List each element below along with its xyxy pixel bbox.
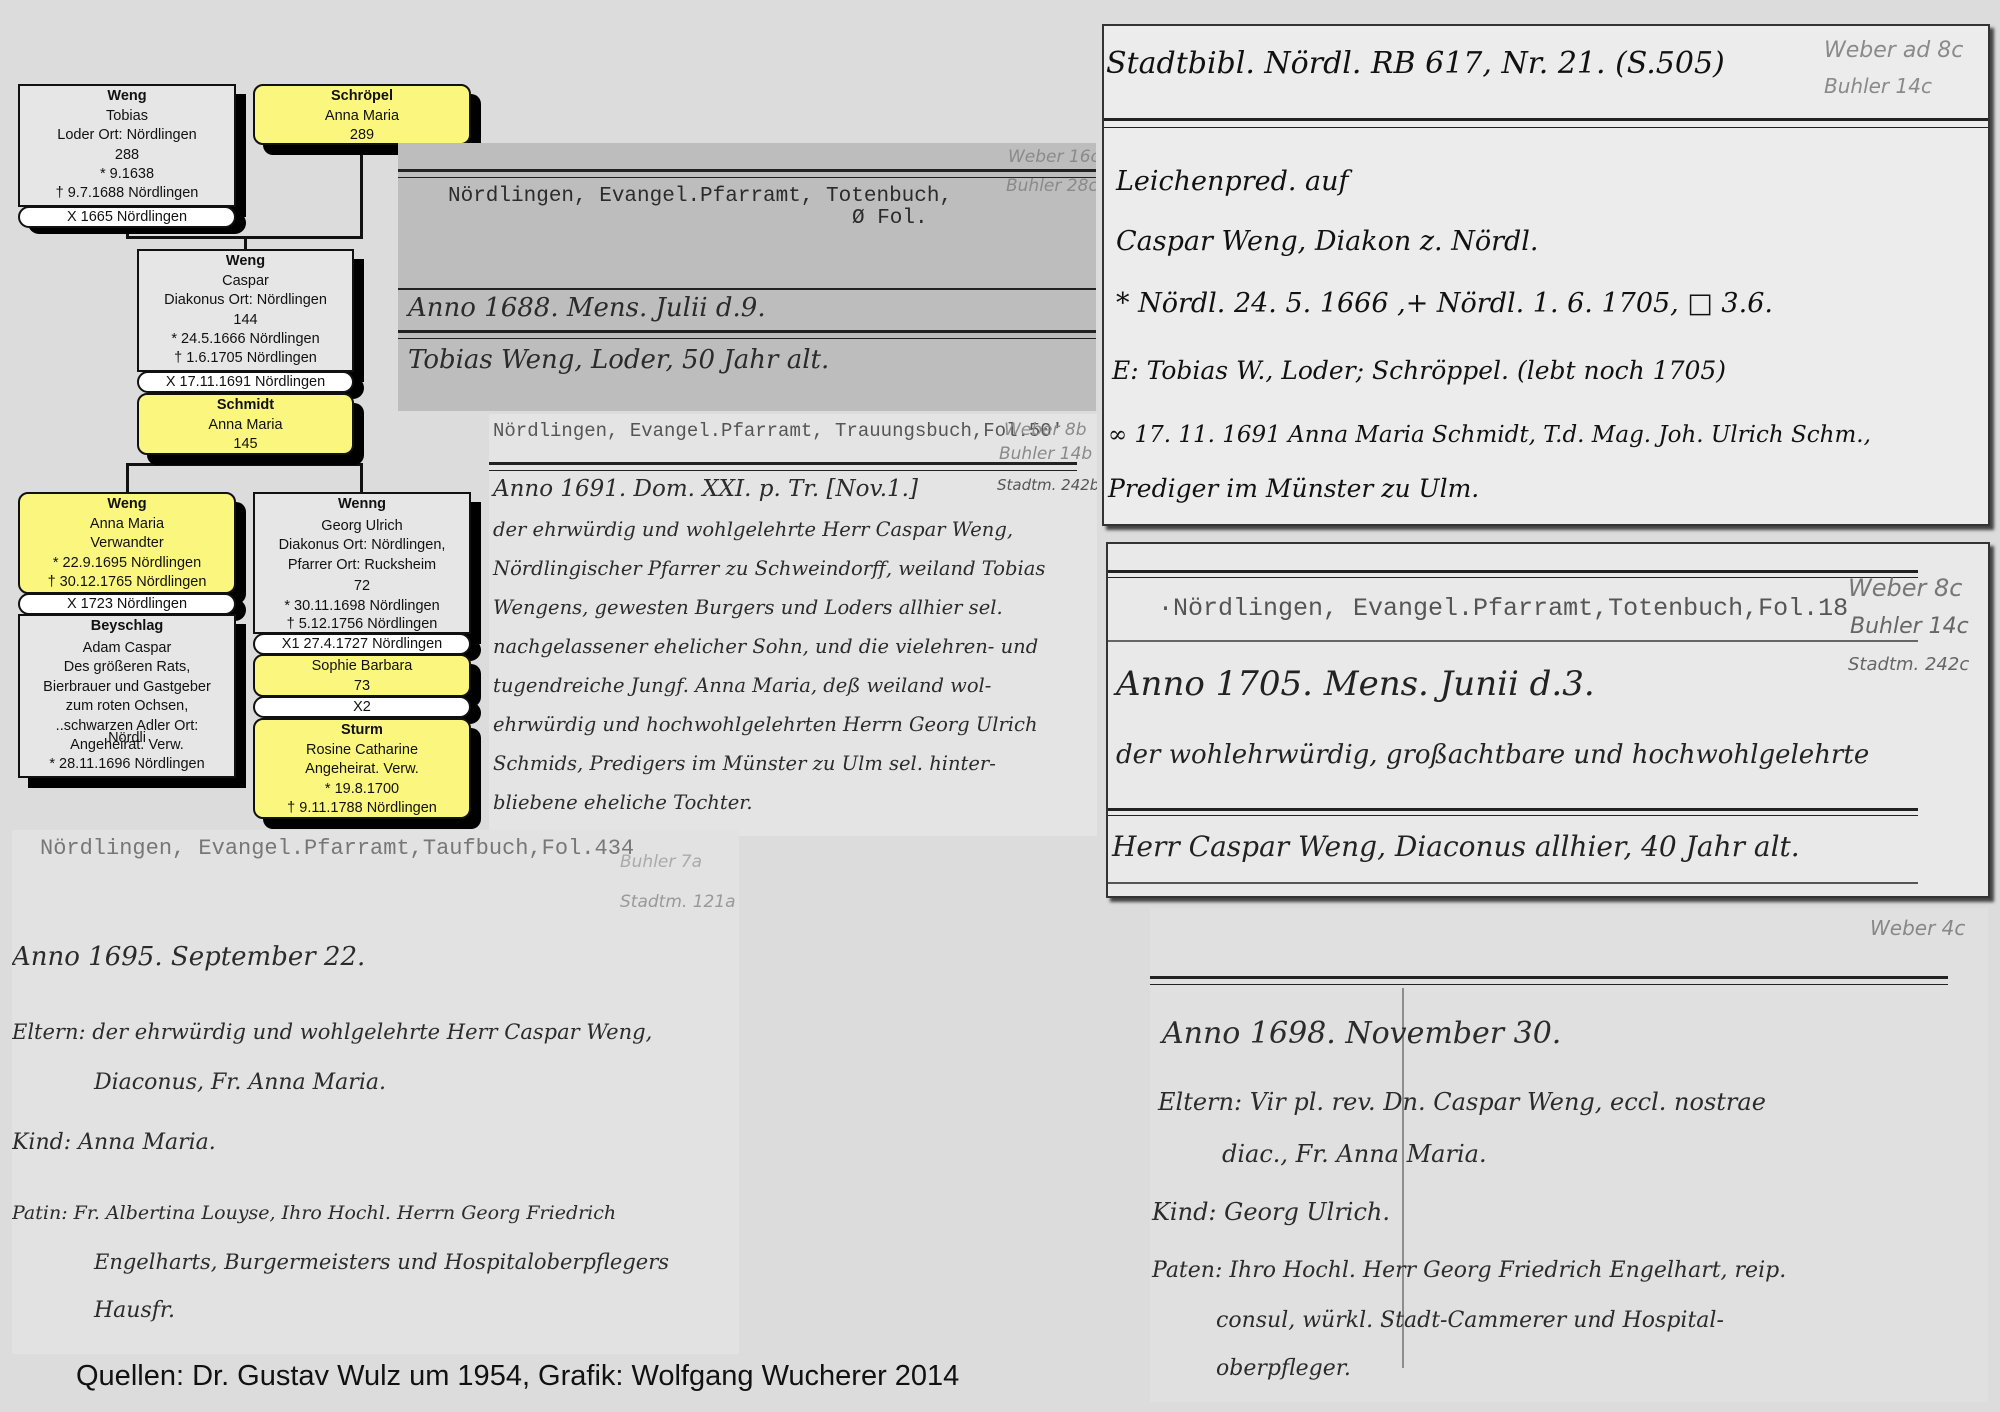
birth: * 30.11.1698 Nördlingen xyxy=(255,597,469,617)
death: † 1.6.1705 Nördlingen xyxy=(139,350,352,366)
entry-line: Prediger im Münster zu Ulm. xyxy=(1108,474,1479,503)
marriage-pill: X 1665 Nördlingen xyxy=(18,206,236,228)
given-name: Anna Maria xyxy=(20,515,234,535)
marriage-pill: X 1723 Nördlingen xyxy=(18,593,236,615)
entry-line: Paten: Ihro Hochl. Herr Georg Friedrich … xyxy=(1152,1258,1786,1283)
given-name: Tobias xyxy=(20,107,234,127)
archive-note: Weber 8b xyxy=(1004,420,1087,440)
surname: Schmidt xyxy=(139,396,352,416)
person-box-adam-caspar-beyschlag[interactable]: Beyschlag Adam Caspar Des größeren Rats,… xyxy=(18,614,236,778)
given-name: Anna Maria xyxy=(255,107,469,127)
surname: Sturm xyxy=(255,721,469,741)
entry-line: Nördlingischer Pfarrer zu Schweindorff, … xyxy=(493,557,1045,580)
person-box-anna-maria-schmidt[interactable]: Schmidt Anna Maria 145 xyxy=(137,393,354,455)
death: † 5.12.1756 Nördlingen xyxy=(255,616,469,632)
person-box-caspar-weng[interactable]: Weng Caspar Diakonus Ort: Nördlingen 144… xyxy=(137,249,354,372)
death: † 9.11.1788 Nördlingen xyxy=(255,799,469,819)
entry-line: Anno 1705. Mens. Junii d.3. xyxy=(1116,664,1595,704)
entry-line: Patin: Fr. Albertina Louyse, Ihro Hochl.… xyxy=(12,1202,616,1224)
divider xyxy=(398,330,1096,339)
divider xyxy=(1108,570,1918,578)
person-box-tobias-weng[interactable]: Weng Tobias Loder Ort: Nördlingen 288 * … xyxy=(18,84,236,207)
marriage-pill: X 17.11.1691 Nördlingen xyxy=(137,371,354,393)
birth: * 28.11.1696 Nördlingen xyxy=(20,755,234,775)
record-card-death-1688: Weber 16c Buhler 28c Nördlingen, Evangel… xyxy=(398,143,1096,411)
surname: Weng xyxy=(139,252,352,272)
archive-note: Stadtm. 242b xyxy=(997,476,1097,494)
person-box-anna-maria-weng[interactable]: Weng Anna Maria Verwandter * 22.9.1695 N… xyxy=(18,492,236,594)
connector xyxy=(126,463,363,466)
archive-note: Buhler 14b xyxy=(999,444,1092,464)
divider xyxy=(1108,808,1918,816)
birth: * 24.5.1666 Nördlingen xyxy=(139,330,352,350)
given-name: Caspar xyxy=(139,272,352,292)
entry-line: Anno 1698. November 30. xyxy=(1162,1016,1561,1051)
connector xyxy=(244,236,247,250)
archive-note: Stadtm. 242c xyxy=(1848,654,1969,675)
archive-note: Weber ad 8c xyxy=(1824,38,1963,63)
person-box-georg-ulrich-wenng[interactable]: Wenng Georg Ulrich Diakonus Ort: Nördlin… xyxy=(253,492,471,634)
relation: Verwandter xyxy=(20,534,234,554)
record-card-marriage-1691: Nördlingen, Evangel.Pfarramt, Trauungsbu… xyxy=(489,414,1097,836)
record-card-funeral-sermon: Stadtbibl. Nördl. RB 617, Nr. 21. (S.505… xyxy=(1102,24,1990,526)
given-name: Adam Caspar xyxy=(20,639,234,659)
entry-line: Kind: Anna Maria. xyxy=(12,1130,216,1155)
surname: Beyschlag xyxy=(20,617,234,637)
archive-note: Weber 8c xyxy=(1848,574,1962,602)
entry-line: Herr Caspar Weng, Diaconus allhier, 40 J… xyxy=(1112,830,1800,863)
archive-note: Weber 4c xyxy=(1870,916,1965,940)
entry-line: nachgelassener ehelicher Sohn, und die v… xyxy=(493,635,1038,658)
archive-note: Buhler 7a xyxy=(620,852,702,872)
person-id: 73 xyxy=(255,677,469,697)
marriage-pill-1: X1 27.4.1727 Nördlingen xyxy=(253,633,471,655)
connector xyxy=(360,463,363,493)
entry-line: tugendreiche Jungf. Anna Maria, deß weil… xyxy=(493,674,991,697)
connector xyxy=(360,143,363,239)
record-card-death-1705: Weber 8c ·Nördlingen, Evangel.Pfarramt,T… xyxy=(1106,542,1990,898)
entry-line: Schmids, Predigers im Münster zu Ulm sel… xyxy=(493,752,996,775)
surname: Schröpel xyxy=(255,87,469,107)
occupation: Diakonus Ort: Nördlingen, xyxy=(255,536,469,556)
occupation: Pfarrer Ort: Rucksheim xyxy=(255,556,469,576)
entry-line: bliebene eheliche Tochter. xyxy=(493,791,753,814)
entry-line: Tobias Weng, Loder, 50 Jahr alt. xyxy=(408,345,829,375)
card-header: ·Nördlingen, Evangel.Pfarramt,Totenbuch,… xyxy=(1158,594,1848,623)
entry-line: diac., Fr. Anna Maria. xyxy=(1222,1140,1487,1168)
entry-line: * Nördl. 24. 5. 1666 ,+ Nördl. 1. 6. 170… xyxy=(1116,288,1773,319)
entry-line: ∞ 17. 11. 1691 Anna Maria Schmidt, T.d. … xyxy=(1108,422,1871,448)
occupation: Bierbrauer und Gastgeber xyxy=(20,678,234,698)
entry-line: der ehrwürdig und wohlgelehrte Herr Casp… xyxy=(493,518,1013,541)
card-header: Nördlingen, Evangel.Pfarramt, Totenbuch, xyxy=(448,185,952,208)
person-id: 144 xyxy=(139,311,352,331)
surname: Wenng xyxy=(255,495,469,515)
person-box-rosine-catharine-sturm[interactable]: Sturm Rosine Catharine Angeheirat. Verw.… xyxy=(253,718,471,819)
birth: * 9.1638 xyxy=(20,165,234,185)
archive-note: Stadtm. 121a xyxy=(620,892,736,912)
birth: * 22.9.1695 Nördlingen xyxy=(20,554,234,574)
entry-line: Eltern: Vir pl. rev. Dn. Caspar Weng, ec… xyxy=(1158,1088,1766,1116)
entry-line: Eltern: der ehrwürdig und wohlgelehrte H… xyxy=(12,1020,652,1044)
occupation: Diakonus Ort: Nördlingen xyxy=(139,291,352,311)
person-id: 145 xyxy=(139,435,352,455)
entry-line: oberpfleger. xyxy=(1216,1356,1351,1381)
entry-line: Leichenpred. auf xyxy=(1116,166,1349,197)
entry-line: Diaconus, Fr. Anna Maria. xyxy=(94,1070,386,1095)
entry-line: E: Tobias W., Loder; Schröppel. (lebt no… xyxy=(1112,356,1726,385)
card-header: Nördlingen, Evangel.Pfarramt, Trauungsbu… xyxy=(493,420,1063,442)
entry-line: consul, würkl. Stadt-Cammerer und Hospit… xyxy=(1216,1308,1724,1333)
entry-line: Caspar Weng, Diakon z. Nördl. xyxy=(1116,226,1539,257)
entry-line: Kind: Georg Ulrich. xyxy=(1152,1198,1390,1226)
occupation: Loder Ort: Nördlingen xyxy=(20,126,234,146)
person-id: 288 xyxy=(20,146,234,166)
card-header-folio: Ø Fol. xyxy=(852,207,928,230)
divider xyxy=(1150,976,1948,985)
connector xyxy=(126,463,129,493)
relation: Angeheirat. Verw. xyxy=(255,760,469,780)
entry-line: Engelharts, Burgermeisters und Hospitalo… xyxy=(94,1250,669,1274)
given-name: Anna Maria xyxy=(139,416,352,436)
surname: Weng xyxy=(20,87,234,107)
source-caption: Quellen: Dr. Gustav Wulz um 1954, Grafik… xyxy=(76,1360,959,1393)
divider xyxy=(1108,882,1918,884)
entry-line: Wengens, gewesten Burgers und Loders all… xyxy=(493,596,1003,619)
birth: * 19.8.1700 xyxy=(255,780,469,800)
entry-line: Anno 1695. September 22. xyxy=(12,942,365,972)
occupation: zum roten Ochsen, xyxy=(20,697,234,717)
person-id: 72 xyxy=(255,577,469,597)
archive-note: Buhler 14c xyxy=(1850,614,1969,639)
record-card-baptism-1695: Nördlingen, Evangel.Pfarramt,Taufbuch,Fo… xyxy=(12,830,739,1354)
death: † 30.12.1765 Nördlingen xyxy=(20,573,234,593)
divider xyxy=(1108,640,1918,642)
occupation: Des größeren Rats, xyxy=(20,658,234,678)
divider xyxy=(398,169,1096,178)
entry-line: Anno 1691. Dom. XXI. p. Tr. [Nov.1.] xyxy=(493,476,918,502)
marriage-pill-2: X2 xyxy=(253,696,471,718)
entry-line: ehrwürdig und hochwohlgelehrten Herrn Ge… xyxy=(493,713,1038,736)
entry-line: Hausfr. xyxy=(94,1298,175,1323)
archive-note: Buhler 14c xyxy=(1824,74,1932,98)
death: † 9.7.1688 Nördlingen xyxy=(20,185,234,201)
given-name: Sophie Barbara xyxy=(255,657,469,677)
given-name: Georg Ulrich xyxy=(255,517,469,537)
relation: Angeheirat. Verw. xyxy=(20,736,234,756)
divider xyxy=(1104,118,1988,128)
card-header: Nördlingen, Evangel.Pfarramt,Taufbuch,Fo… xyxy=(40,836,634,861)
archive-note: Buhler 28c xyxy=(1006,176,1096,196)
card-header: Stadtbibl. Nördl. RB 617, Nr. 21. (S.505… xyxy=(1106,46,1725,81)
divider xyxy=(398,288,1096,290)
archive-note: Weber 16c xyxy=(1008,147,1096,167)
entry-line: der wohlehrwürdig, großachtbare und hoch… xyxy=(1116,740,1869,770)
entry-line: Anno 1688. Mens. Julii d.9. xyxy=(408,293,766,323)
record-card-baptism-1698: Weber 4c Anno 1698. November 30. Eltern:… xyxy=(1150,908,1988,1402)
person-box-anna-maria-schroepel[interactable]: Schröpel Anna Maria 289 xyxy=(253,84,471,145)
surname: Weng xyxy=(20,495,234,515)
person-box-sophie-barbara[interactable]: Sophie Barbara 73 xyxy=(253,654,471,697)
given-name: Rosine Catharine xyxy=(255,741,469,761)
divider xyxy=(489,462,1077,471)
